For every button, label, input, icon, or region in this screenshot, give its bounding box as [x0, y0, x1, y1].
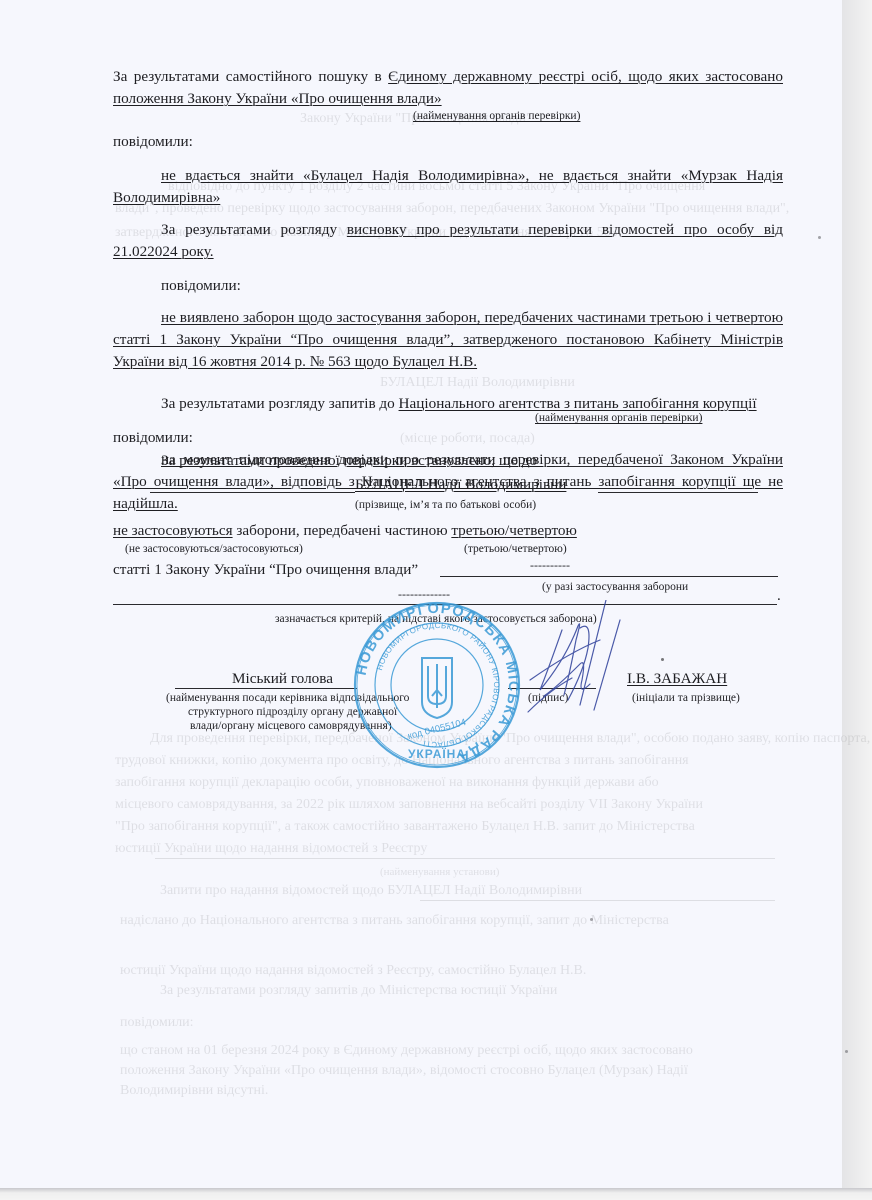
section1-result-text: не вдається знайти «Булацел Надія Володи… — [113, 167, 783, 206]
section1-intro: За результатами самостійного пошуку в Єд… — [113, 66, 783, 110]
section3-caption-text: (найменування органів перевірки) — [535, 412, 702, 424]
conclusion-fill-line — [555, 466, 779, 467]
criterion-caption-1: (у разі застосування заборони — [542, 580, 688, 594]
applicability-line: не застосовуються заборони, передбачені … — [113, 522, 577, 540]
page-edge-right — [842, 0, 872, 1200]
signatory-name: І.В. ЗАБАЖАН — [627, 670, 727, 688]
section3-reported-label: повідомили: — [113, 427, 783, 449]
section2-intro: За результатами розгляду висновку про ре… — [113, 219, 783, 263]
official-stamp: НОВОМИРГОРОДСЬКА МІСЬКА РАДА НОВОМИРГОРО… — [352, 600, 522, 770]
document-body: За результатами самостійного пошуку в Єд… — [113, 66, 783, 515]
section1-reported-label: повідомили: — [113, 131, 783, 153]
section2-result: не виявлено заборон щодо застосування за… — [113, 307, 783, 373]
section1-intro-prefix: За результатами самостійного пошуку в — [113, 68, 388, 85]
section2-result-text: не виявлено заборон щодо застосування за… — [113, 309, 783, 370]
conclusion-intro: За результатами проведеної перевірки вст… — [161, 452, 537, 470]
name-line-right — [598, 492, 758, 493]
criterion-period: . — [777, 588, 781, 605]
criterion-dashes-1: ---------- — [530, 558, 570, 573]
criterion-line-1 — [440, 576, 778, 577]
page-edge-bottom — [0, 1188, 872, 1200]
stamp-country: УКРАЇНА — [408, 746, 466, 761]
person-caption: (прізвище, ім’я та по батькові особи) — [355, 498, 536, 512]
position-line — [175, 688, 357, 689]
part-caption: (третьою/четвертою) — [464, 542, 567, 556]
person-name: БУЛАЦЕЛ Надії Володимирівни — [355, 476, 566, 494]
applicability-value: не застосовуються — [113, 522, 233, 539]
bans-text: заборони, передбачені частиною — [233, 522, 452, 539]
section1-caption-text: (найменування органів перевірки) — [413, 110, 580, 122]
section1-result: не вдається знайти «Булацел Надія Володи… — [113, 165, 783, 209]
position-title: Міський голова — [232, 670, 333, 688]
coat-of-arms-icon — [422, 658, 452, 718]
section3-agency: Національного агентства з питань запобіг… — [399, 395, 757, 412]
applicability-caption: (не застосовуються/застосовуються) — [125, 542, 303, 556]
article-text: статті 1 Закону України “Про очищення вл… — [113, 561, 418, 579]
name-line-left — [150, 492, 355, 493]
section2-intro-prefix: За результатами розгляду — [161, 221, 347, 238]
section3-intro-prefix: За результатами розгляду запитів до — [161, 395, 399, 412]
part-value: третьою/четвертою — [451, 522, 577, 539]
section1-caption: (найменування органів перевірки) — [413, 109, 783, 123]
signatory-caption: (ініціали та прізвище) — [632, 691, 740, 705]
section2-reported-label: повідомили: — [161, 275, 783, 297]
handwritten-signature — [520, 600, 640, 715]
